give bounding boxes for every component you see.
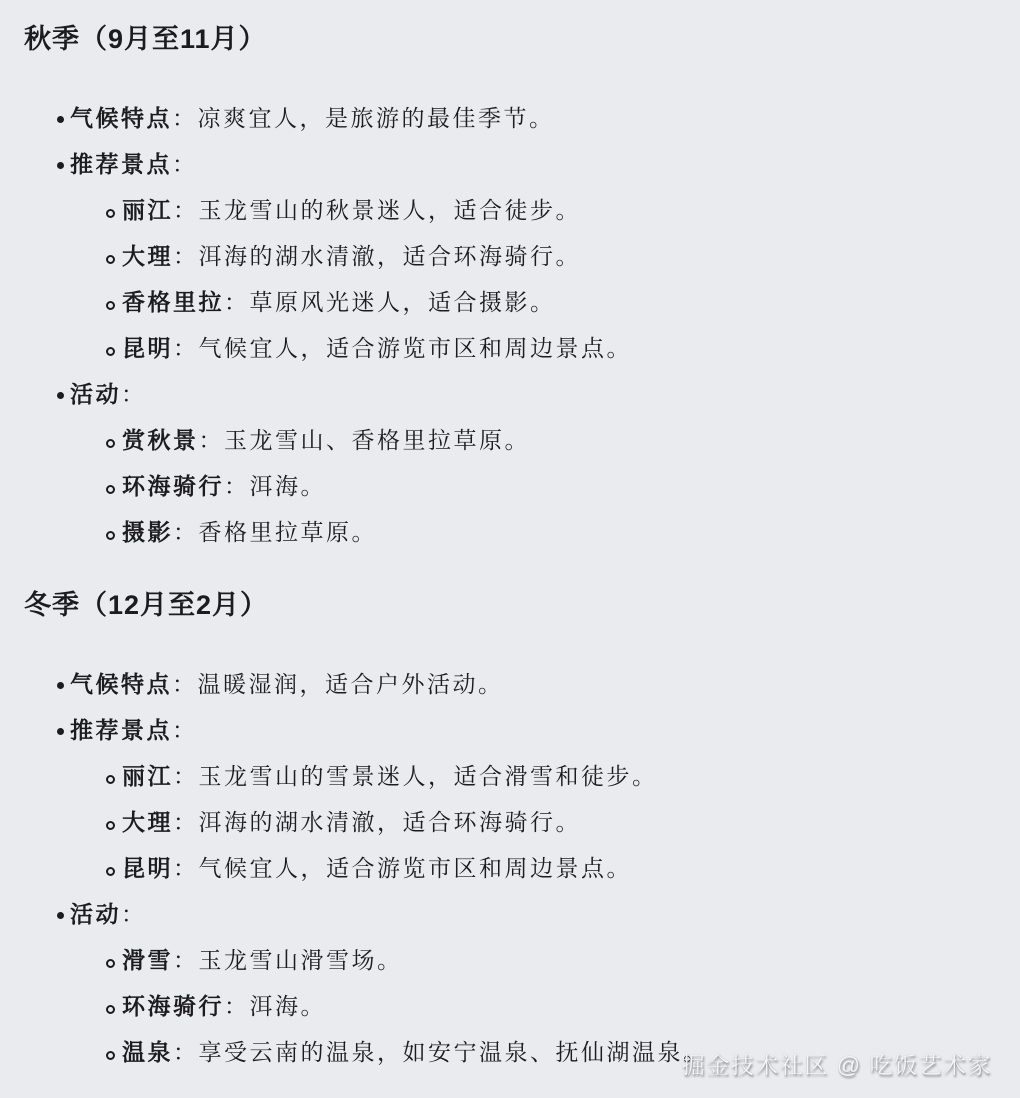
winter-list: 气候特点：温暖湿润，适合户外活动。 推荐景点： 丽江：玉龙雪山的雪景迷人，适合滑… <box>24 670 996 1066</box>
list-item-spots: 推荐景点： 丽江：玉龙雪山的秋景迷人，适合徒步。 大理：洱海的湖水清澈，适合环海… <box>24 150 996 362</box>
label-colon: ： <box>173 763 199 789</box>
list-item-spots: 推荐景点： 丽江：玉龙雪山的雪景迷人，适合滑雪和徒步。 大理：洱海的湖水清澈，适… <box>24 716 996 882</box>
item-text: 气候宜人，适合游览市区和周边景点。 <box>199 855 633 881</box>
item-label: 丽江 <box>122 197 173 223</box>
activities-sublist: 赏秋景：玉龙雪山、香格里拉草原。 环海骑行：洱海。 摄影：香格里拉草原。 <box>70 426 996 546</box>
label-colon: ： <box>173 519 199 545</box>
label-colon: ： <box>173 947 199 973</box>
item-text: 凉爽宜人，是旅游的最佳季节。 <box>198 105 555 131</box>
label-colon: ： <box>224 289 250 315</box>
label-colon: ： <box>173 855 199 881</box>
item-label: 大理 <box>122 243 173 269</box>
sublist-item: 环海骑行：洱海。 <box>70 992 996 1020</box>
item-label: 昆明 <box>122 855 173 881</box>
sublist-item: 香格里拉：草原风光迷人，适合摄影。 <box>70 288 996 316</box>
item-label: 推荐景点 <box>70 717 172 743</box>
label-colon: ： <box>173 243 199 269</box>
activities-sublist: 滑雪：玉龙雪山滑雪场。 环海骑行：洱海。 温泉：享受云南的温泉，如安宁温泉、抚仙… <box>70 946 996 1066</box>
sublist-item: 昆明：气候宜人，适合游览市区和周边景点。 <box>70 334 996 362</box>
article-document: 秋季（9月至11月） 气候特点：凉爽宜人，是旅游的最佳季节。 推荐景点： 丽江：… <box>0 0 1020 1098</box>
list-item-climate: 气候特点：温暖湿润，适合户外活动。 <box>24 670 996 698</box>
item-label: 气候特点 <box>70 671 172 697</box>
item-text: 气候宜人，适合游览市区和周边景点。 <box>199 335 633 361</box>
season-section-autumn: 秋季（9月至11月） 气候特点：凉爽宜人，是旅游的最佳季节。 推荐景点： 丽江：… <box>24 22 996 546</box>
item-label: 香格里拉 <box>122 289 224 315</box>
item-text: 玉龙雪山滑雪场。 <box>199 947 403 973</box>
sublist-item: 赏秋景：玉龙雪山、香格里拉草原。 <box>70 426 996 454</box>
item-label: 环海骑行 <box>122 473 224 499</box>
list-item-activities: 活动： 赏秋景：玉龙雪山、香格里拉草原。 环海骑行：洱海。 摄影：香格里拉草原。 <box>24 380 996 546</box>
label-colon: ： <box>172 717 198 743</box>
item-text: 玉龙雪山的秋景迷人，适合徒步。 <box>199 197 582 223</box>
item-label: 昆明 <box>122 335 173 361</box>
item-label: 大理 <box>122 809 173 835</box>
autumn-list: 气候特点：凉爽宜人，是旅游的最佳季节。 推荐景点： 丽江：玉龙雪山的秋景迷人，适… <box>24 104 996 546</box>
item-label: 赏秋景 <box>122 427 199 453</box>
sublist-item: 摄影：香格里拉草原。 <box>70 518 996 546</box>
label-colon: ： <box>172 105 198 131</box>
item-text: 香格里拉草原。 <box>199 519 378 545</box>
item-text: 草原风光迷人，适合摄影。 <box>250 289 556 315</box>
list-item-activities: 活动： 滑雪：玉龙雪山滑雪场。 环海骑行：洱海。 温泉：享受云南的温泉，如安宁温… <box>24 900 996 1066</box>
item-label: 活动 <box>70 901 121 927</box>
item-text: 温暖湿润，适合户外活动。 <box>198 671 504 697</box>
label-colon: ： <box>173 1039 199 1065</box>
sublist-item: 温泉：享受云南的温泉，如安宁温泉、抚仙湖温泉。 <box>70 1038 996 1066</box>
label-colon: ： <box>172 671 198 697</box>
item-text: 洱海的湖水清澈，适合环海骑行。 <box>199 243 582 269</box>
list-item-climate: 气候特点：凉爽宜人，是旅游的最佳季节。 <box>24 104 996 132</box>
label-colon: ： <box>173 335 199 361</box>
label-colon: ： <box>224 473 250 499</box>
sublist-item: 大理：洱海的湖水清澈，适合环海骑行。 <box>70 808 996 836</box>
sublist-item: 昆明：气候宜人，适合游览市区和周边景点。 <box>70 854 996 882</box>
sublist-item: 丽江：玉龙雪山的雪景迷人，适合滑雪和徒步。 <box>70 762 996 790</box>
item-text: 享受云南的温泉，如安宁温泉、抚仙湖温泉。 <box>199 1039 709 1065</box>
label-colon: ： <box>173 197 199 223</box>
item-label: 摄影 <box>122 519 173 545</box>
sublist-item: 大理：洱海的湖水清澈，适合环海骑行。 <box>70 242 996 270</box>
label-colon: ： <box>121 381 147 407</box>
sublist-item: 环海骑行：洱海。 <box>70 472 996 500</box>
label-colon: ： <box>224 993 250 1019</box>
autumn-heading: 秋季（9月至11月） <box>24 22 996 56</box>
label-colon: ： <box>121 901 147 927</box>
spots-sublist: 丽江：玉龙雪山的秋景迷人，适合徒步。 大理：洱海的湖水清澈，适合环海骑行。 香格… <box>70 196 996 362</box>
item-text: 洱海。 <box>250 473 327 499</box>
item-text: 洱海的湖水清澈，适合环海骑行。 <box>199 809 582 835</box>
label-colon: ： <box>172 151 198 177</box>
sublist-item: 滑雪：玉龙雪山滑雪场。 <box>70 946 996 974</box>
item-label: 推荐景点 <box>70 151 172 177</box>
item-text: 洱海。 <box>250 993 327 1019</box>
season-section-winter: 冬季（12月至2月） 气候特点：温暖湿润，适合户外活动。 推荐景点： 丽江：玉龙… <box>24 588 996 1066</box>
item-label: 温泉 <box>122 1039 173 1065</box>
spots-sublist: 丽江：玉龙雪山的雪景迷人，适合滑雪和徒步。 大理：洱海的湖水清澈，适合环海骑行。… <box>70 762 996 882</box>
label-colon: ： <box>199 427 225 453</box>
item-text: 玉龙雪山、香格里拉草原。 <box>224 427 530 453</box>
label-colon: ： <box>173 809 199 835</box>
winter-heading: 冬季（12月至2月） <box>24 588 996 622</box>
item-text: 玉龙雪山的雪景迷人，适合滑雪和徒步。 <box>199 763 658 789</box>
item-label: 活动 <box>70 381 121 407</box>
item-label: 气候特点 <box>70 105 172 131</box>
item-label: 环海骑行 <box>122 993 224 1019</box>
item-label: 滑雪 <box>122 947 173 973</box>
item-label: 丽江 <box>122 763 173 789</box>
sublist-item: 丽江：玉龙雪山的秋景迷人，适合徒步。 <box>70 196 996 224</box>
